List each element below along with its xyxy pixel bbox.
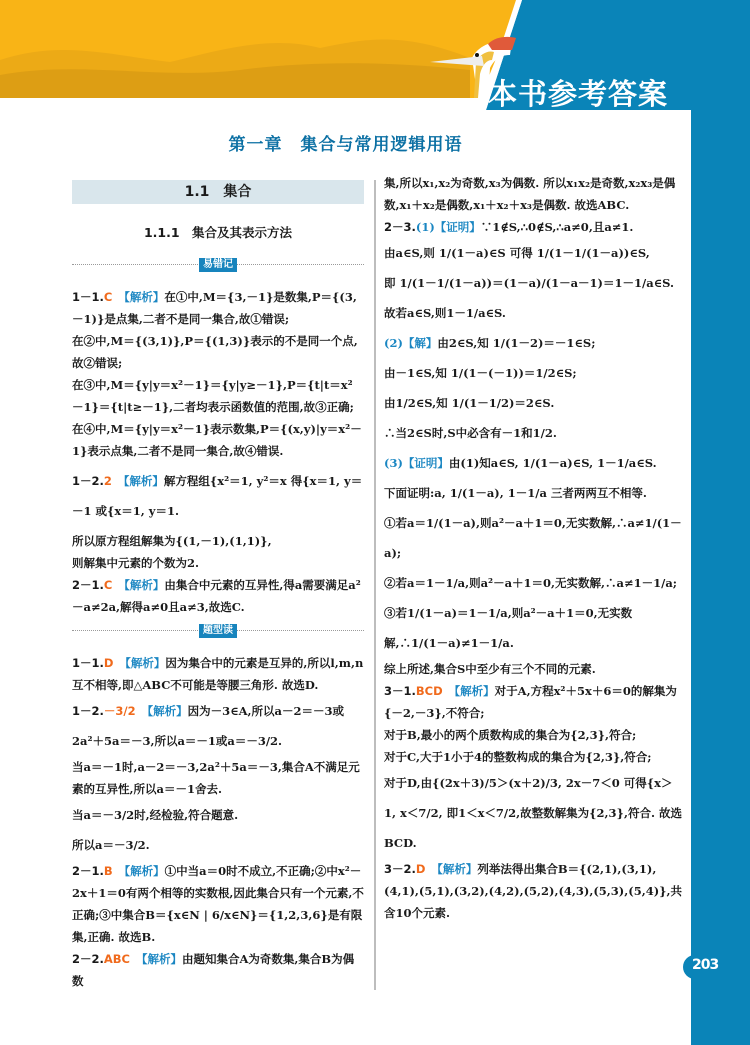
answer-text: 对于B,最小的两个质数构成的集合为{2,3},符合;	[384, 724, 684, 746]
answer-item: 2－1.C【解析】由集合中元素的互异性,得a需要满足a²－a≠2a,解得a≠0且…	[72, 574, 364, 618]
answer-text: ③若1/(1－a)＝1－1/a,则a²－a＋1＝0,无实数解,∴1/(1－a)≠…	[384, 598, 684, 658]
badge-divider-1: 易错记	[72, 264, 364, 280]
answer-item: 2－2.ABC【解析】由题知集合A为奇数集,集合B为偶数	[72, 948, 364, 992]
page-number: 203	[692, 957, 718, 973]
answer-item: 1－2.2【解析】解方程组{x²＝1, y²＝x 得{x＝1, y＝－1 或{x…	[72, 466, 364, 526]
answer-text: 即 1/(1－1/(1－a))＝(1－a)/(1－a－1)＝1－1/a∈S.	[384, 268, 684, 298]
answer-item: 2－1.B【解析】①中当a＝0时不成立,不正确;②中x²－2x＋1＝0有两个相等…	[72, 860, 364, 948]
answer-item: 3－2.D【解析】列举法得出集合B＝{(2,1),(3,1),(4,1),(5,…	[384, 858, 684, 924]
answer-text: 在②中,M＝{(3,1)},P＝{(1,3)}表示的不是同一个点,故②错误;	[72, 330, 364, 374]
answer-item: (3)【证明】由(1)知a∈S, 1/(1－a)∈S, 1－1/a∈S.	[384, 448, 684, 478]
answer-item: 1－1.C【解析】在①中,M＝{3,－1}是数集,P＝{(3,－1)}是点集,二…	[72, 286, 364, 330]
chapter-title: 第一章 集合与常用逻辑用语	[0, 130, 691, 155]
section-title: 1.1 集合	[72, 180, 364, 204]
subsection-title: 1.1.1 集合及其表示方法	[72, 222, 364, 244]
answer-text: 由a∈S,则 1/(1－a)∈S 可得 1/(1－1/(1－a))∈S,	[384, 238, 684, 268]
header-banner: 本书参考答案	[0, 0, 750, 110]
answer-text: 由1/2∈S,知 1/(1－1/2)＝2∈S.	[384, 388, 684, 418]
banner-title: 本书参考答案	[488, 72, 668, 113]
answer-text: 在④中,M＝{y|y＝x²－1}表示数集,P＝{(x,y)|y＝x²－1}表示点…	[72, 418, 364, 462]
side-strip	[691, 0, 750, 1045]
badge-label: 题型读	[199, 624, 237, 638]
left-column: 1.1 集合 1.1.1 集合及其表示方法 易错记 1－1.C【解析】在①中,M…	[72, 180, 364, 992]
answer-text: ∴当2∈S时,S中必含有－1和1/2.	[384, 418, 684, 448]
answer-text: 对于C,大于1小于4的整数构成的集合为{2,3},符合;	[384, 746, 684, 768]
answer-text: 则解集中元素的个数为2.	[72, 552, 364, 574]
answer-item: 1－2.－3/2【解析】因为－3∈A,所以a－2＝－3或2a²＋5a＝－3,所以…	[72, 696, 364, 756]
answer-text: ①若a＝1/(1－a),则a²－a＋1＝0,无实数解,∴a≠1/(1－a);	[384, 508, 684, 568]
right-column: 集,所以x₁,x₂为奇数,x₃为偶数. 所以x₁x₂是奇数,x₂x₃是偶数,x₁…	[384, 172, 684, 924]
answer-text: 当a＝－1时,a－2＝－3,2a²＋5a＝－3,集合A不满足元素的互异性,所以a…	[72, 756, 364, 800]
answer-text: 综上所述,集合S中至少有三个不同的元素.	[384, 658, 684, 680]
answer-text: 当a＝－3/2时,经检验,符合题意.	[72, 800, 364, 830]
column-divider	[374, 180, 376, 990]
answer-text: ②若a＝1－1/a,则a²－a＋1＝0,无实数解,∴a≠1－1/a;	[384, 568, 684, 598]
answer-text: 在③中,M＝{y|y＝x²－1}＝{y|y≥－1},P＝{t|t＝x²－1}＝{…	[72, 374, 364, 418]
answer-item: (2)【解】由2∈S,知 1/(1－2)＝－1∈S;	[384, 328, 684, 358]
answer-item: 2－3.(1)【证明】∵1∉S,∴0∉S,∴a≠0,且a≠1.	[384, 216, 684, 238]
answer-text: 对于D,由{(2x＋3)/5＞(x＋2)/3, 2x－7＜0 可得{x＞1, x…	[384, 768, 684, 858]
answer-text: 所以原方程组解集为{(1,－1),(1,1)},	[72, 530, 364, 552]
answer-text: 集,所以x₁,x₂为奇数,x₃为偶数. 所以x₁x₂是奇数,x₂x₃是偶数,x₁…	[384, 172, 684, 216]
answer-item: 1－1.D【解析】因为集合中的元素是互异的,所以l,m,n互不相等,即△ABC不…	[72, 652, 364, 696]
answer-text: 故若a∈S,则1－1/a∈S.	[384, 298, 684, 328]
badge-label: 易错记	[199, 258, 237, 272]
badge-divider-2: 题型读	[72, 630, 364, 646]
answer-text: 所以a＝－3/2.	[72, 830, 364, 860]
answer-text: 下面证明:a, 1/(1－a), 1－1/a 三者两两互不相等.	[384, 478, 684, 508]
answer-text: 由－1∈S,知 1/(1－(－1))＝1/2∈S;	[384, 358, 684, 388]
answer-item: 3－1.BCD【解析】对于A,方程x²＋5x＋6＝0的解集为{－2,－3},不符…	[384, 680, 684, 724]
